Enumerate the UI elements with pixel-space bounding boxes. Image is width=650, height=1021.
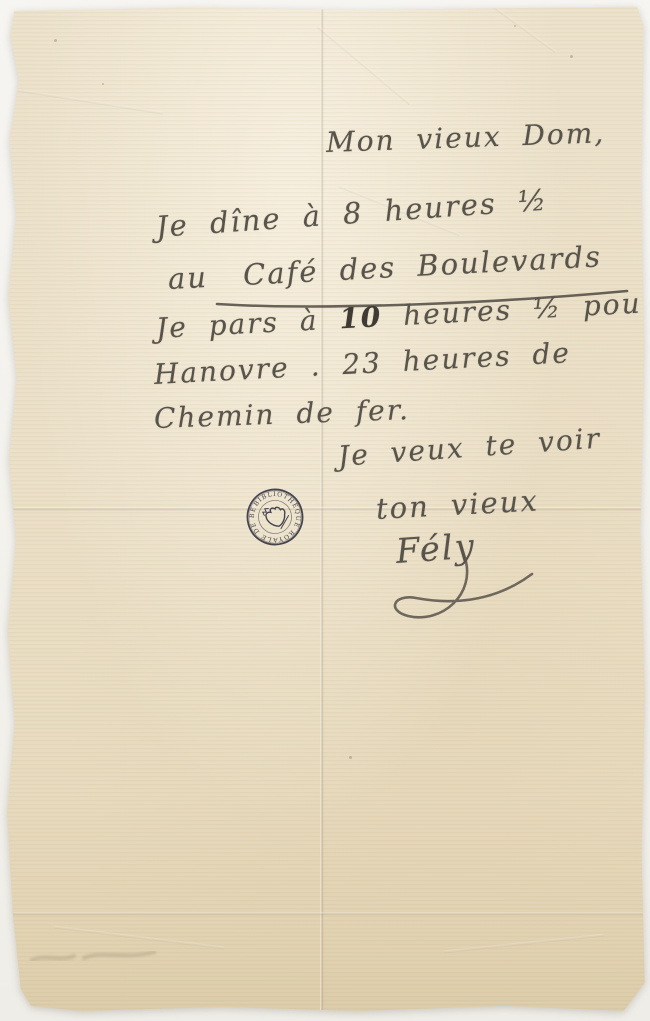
pars-suffix: heures ½ pour [402,286,650,332]
foxing-spot [349,756,352,759]
foxing-spot [514,25,516,27]
wrinkle-crease-bottom-left [54,926,223,950]
wrinkle-crease-top-right [466,0,557,53]
ghost-ink-smudge [26,940,161,975]
closing-ton-vieux: ton vieux [375,483,539,525]
lion-emblem [260,501,290,529]
wrinkle-crease-top-center [317,26,411,105]
foxing-spot [102,83,104,85]
underlined-cafe: Café des Boulevards [242,239,603,292]
line-pars: Je pars à 10 heures ½ pour [155,286,650,345]
salutation: Mon vieux Dom, [325,116,605,159]
fold-crease-horizontal-lower [4,912,646,916]
wrinkle-crease-top-left [15,88,164,114]
letter-paper-shadow: Mon vieux Dom, Je dîne à 8 heures ½ au C… [0,0,650,1021]
line-chemin: Chemin de fer. [153,393,410,435]
stamp-text: BIBLIOTHÈQUE ROYALE DE BELGIQUE • [244,486,306,548]
closing-je-veux: Je veux te voir [337,422,602,473]
line-cafe: au Café des Boulevards [167,239,603,296]
fold-crease-horizontal-middle [4,507,646,511]
overwritten-hour: 10 [338,300,383,335]
letter-paper: Mon vieux Dom, Je dîne à 8 heures ½ au C… [4,4,646,1015]
pars-prefix: Je pars à [155,304,319,345]
line-hanovre: Hanovre . 23 heures de [153,336,572,391]
foxing-spot [570,55,573,58]
library-stamp: BIBLIOTHÈQUE ROYALE DE BELGIQUE • [244,486,306,548]
signature: Fély [395,526,478,571]
word-au: au [167,260,209,296]
foxing-spot [54,39,57,42]
photo-backdrop: Mon vieux Dom, Je dîne à 8 heures ½ au C… [0,0,650,1021]
wrinkle-crease-bottom-right [444,934,603,954]
